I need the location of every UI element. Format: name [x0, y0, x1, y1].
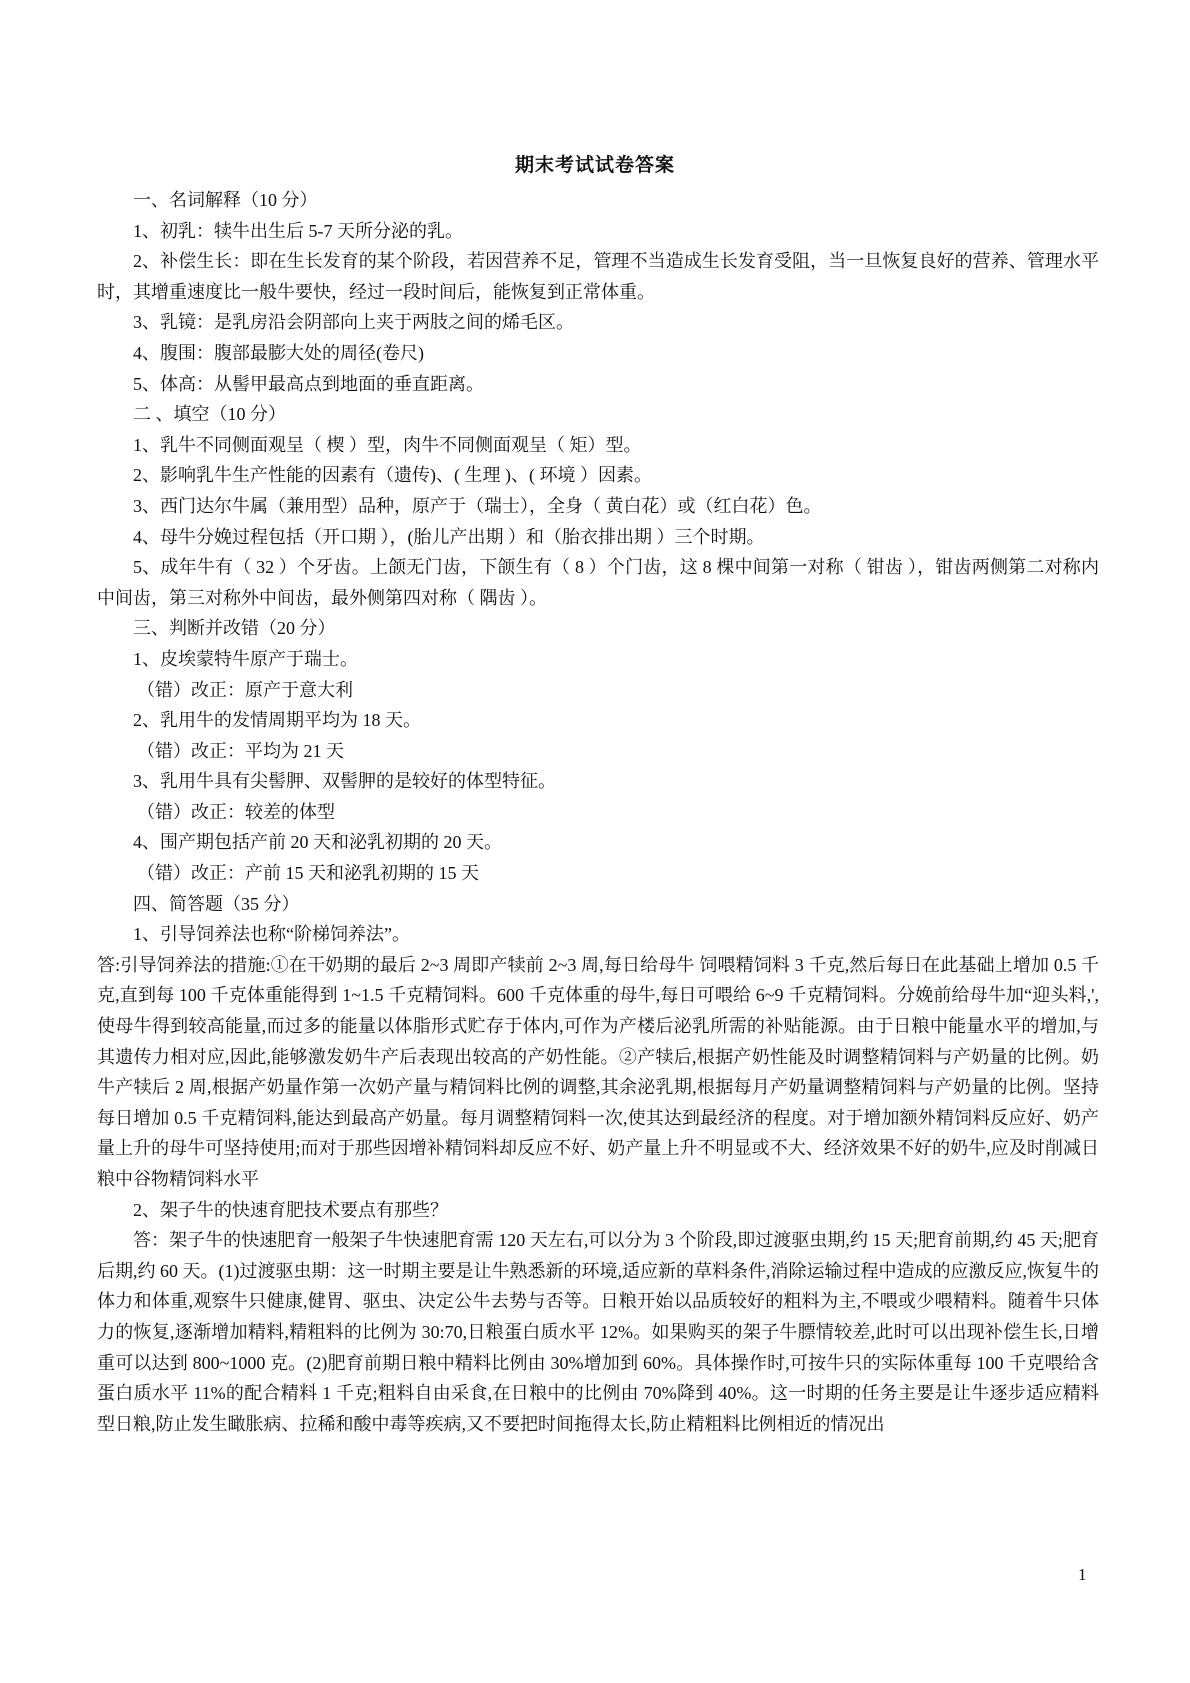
document-title: 期末考试试卷答案 [0, 150, 1190, 177]
page-number: 1 [1078, 1565, 1087, 1585]
judgement-correction: （错）改正：产前 15 天和泌乳初期的 15 天 [97, 858, 1099, 889]
fill-blank-item: 1、乳牛不同侧面观呈（ 楔 ）型，肉牛不同侧面观呈（ 矩）型。 [97, 430, 1099, 461]
judgement-correction: （错）改正：较差的体型 [97, 797, 1099, 828]
section-heading-1: 一、名词解释（10 分） [97, 185, 1099, 216]
definition-item: 3、乳镜：是乳房沿会阴部向上夹于两肢之间的烯毛区。 [97, 307, 1099, 338]
judgement-correction: （错）改正：平均为 21 天 [97, 736, 1099, 767]
fill-blank-item: 4、母牛分娩过程包括（开口期 ），(胎儿产出期 ）和（胎衣排出期 ）三个时期。 [97, 522, 1099, 553]
judgement-question: 3、乳用牛具有尖髻胛、双髻胛的是较好的体型特征。 [97, 766, 1099, 797]
judgement-question: 4、围产期包括产前 20 天和泌乳初期的 20 天。 [97, 827, 1099, 858]
fill-blank-item: 3、西门达尔牛属（兼用型）品种，原产于（瑞士），全身（ 黄白花）或（红白花）色。 [97, 491, 1099, 522]
fill-blank-item: 2、影响乳牛生产性能的因素有（遗传)、( 生理 )、( 环境 ）因素。 [97, 460, 1099, 491]
short-answer-answer: 答：架子牛的快速肥育一般架子牛快速肥育需 120 天左右,可以分为 3 个阶段,… [97, 1225, 1099, 1439]
section-heading-2: 二 、填空（10 分） [97, 399, 1099, 430]
definition-item: 1、初乳：犊牛出生后 5-7 天所分泌的乳。 [97, 216, 1099, 247]
definition-item: 4、腹围：腹部最膨大处的周径(卷尺) [97, 338, 1099, 369]
definition-item: 2、补偿生长：即在生长发育的某个阶段，若因营养不足，管理不当造成生长发育受阻，当… [97, 246, 1099, 307]
judgement-question: 1、皮埃蒙特牛原产于瑞士。 [97, 644, 1099, 675]
section-heading-4: 四、简答题（35 分） [97, 889, 1099, 920]
judgement-correction: （错）改正：原产于意大利 [97, 675, 1099, 706]
short-answer-question: 2、架子牛的快速育肥技术要点有那些？ [97, 1195, 1099, 1226]
document-page: 期末考试试卷答案 一、名词解释（10 分） 1、初乳：犊牛出生后 5-7 天所分… [0, 0, 1190, 1683]
document-body: 一、名词解释（10 分） 1、初乳：犊牛出生后 5-7 天所分泌的乳。 2、补偿… [97, 185, 1099, 1439]
section-heading-3: 三、判断并改错（20 分） [97, 613, 1099, 644]
definition-item: 5、体高：从髻甲最高点到地面的垂直距离。 [97, 369, 1099, 400]
fill-blank-item: 5、成年牛有（ 32 ）个牙齿。上颌无门齿，下颌生有（ 8 ）个门齿，这 8 棵… [97, 552, 1099, 613]
judgement-question: 2、乳用牛的发情周期平均为 18 天。 [97, 705, 1099, 736]
short-answer-question: 1、引导饲养法也称“阶梯饲养法”。 [97, 919, 1099, 950]
short-answer-answer: 答:引导饲养法的措施:①在干奶期的最后 2~3 周即产犊前 2~3 周,每日给母… [97, 950, 1099, 1195]
